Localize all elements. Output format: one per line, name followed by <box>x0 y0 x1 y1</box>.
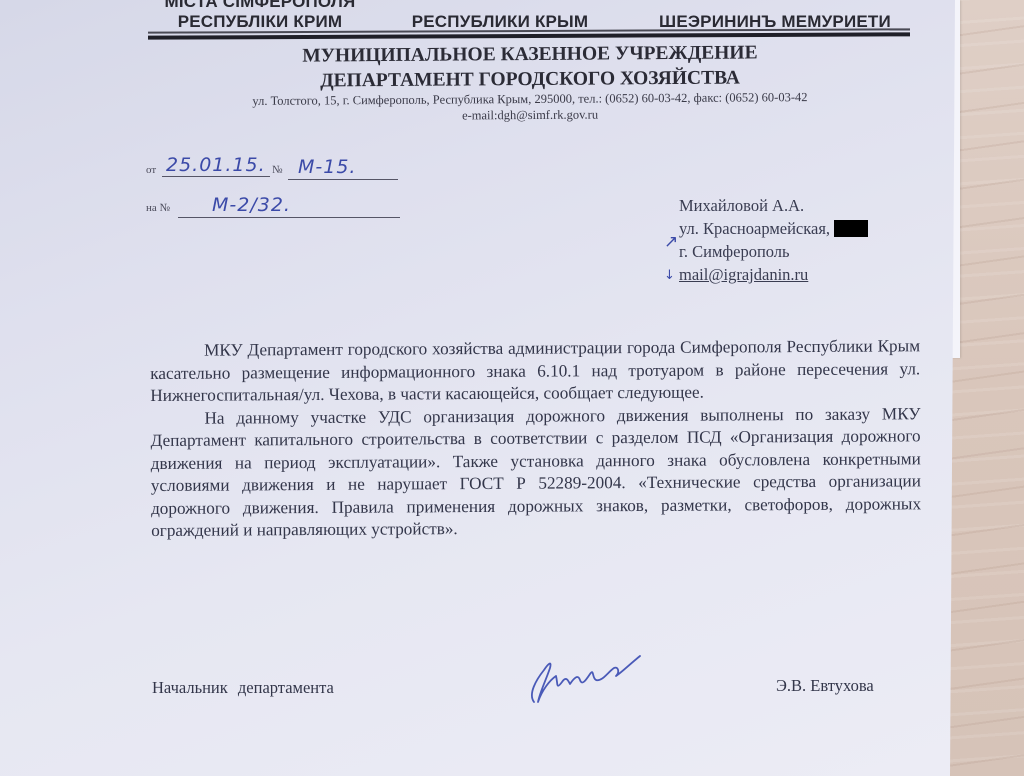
signatory-position: Начальник департамента <box>152 678 334 698</box>
handwritten-signature-icon <box>522 650 652 710</box>
body-paragraph: МКУ Департамент городского хозяйства адм… <box>150 335 920 407</box>
signatory-name: Э.В. Евтухова <box>776 676 874 696</box>
letterhead-column-russian: РЕСПУБЛИКИ КРЫМ <box>390 0 610 32</box>
handwritten-date: 25.01.15. <box>166 154 266 176</box>
organization-title: МУНИЦИПАЛЬНОЕ КАЗЕННОЕ УЧРЕЖДЕНИЕ ДЕПАРТ… <box>140 39 920 94</box>
letterhead-line: МІСТА СІМФЕРОПОЛЯ <box>140 0 380 12</box>
handwritten-reply-number: М-2/32. <box>212 194 291 216</box>
pen-arrow-down-icon: ↓ <box>664 268 675 283</box>
organization-contacts: ул. Толстого, 15, г. Симферополь, Респуб… <box>140 88 920 125</box>
pen-arrow-up-icon: ↗ <box>664 232 678 252</box>
signature-block: Начальник департамента Э.В. Евтухова <box>152 676 912 716</box>
letterhead-line: РЕСПУБЛІКИ КРИМ <box>140 12 380 32</box>
recipient-email: mail@igrajdanin.ru <box>679 263 939 286</box>
letterhead-line <box>390 0 610 12</box>
letterhead-line <box>630 0 920 12</box>
letter-document: МІСТА СІМФЕРОПОЛЯ РЕСПУБЛІКИ КРИМ РЕСПУБ… <box>0 0 955 776</box>
body-paragraph: На данному участке УДС организация дорож… <box>150 403 921 543</box>
recipient-name: Михайловой А.А. <box>679 194 939 217</box>
date-underline <box>162 176 270 177</box>
number-label: № <box>272 164 283 176</box>
recipient-street-line: ул. Красноармейская, <box>679 217 939 240</box>
number-underline <box>288 179 398 180</box>
reference-date-number-row: от 25.01.15. № М-15. <box>146 148 406 186</box>
recipient-city: г. Симферополь <box>679 240 939 263</box>
handwritten-number: М-15. <box>298 156 356 178</box>
outgoing-reference-block: от 25.01.15. № М-15. на № М-2/32. <box>146 148 406 224</box>
letterhead-divider-thick <box>148 32 910 39</box>
letterhead-column-crimean-tatar: ШЕЭРИНИНЪ МЕМУРИЕТИ <box>630 0 920 32</box>
recipient-street: ул. Красноармейская, <box>679 219 830 238</box>
reply-to-underline <box>178 217 400 218</box>
reply-to-label: на № <box>146 202 170 214</box>
redaction-box <box>834 220 868 237</box>
reference-reply-row: на № М-2/32. <box>146 186 406 224</box>
date-label: от <box>146 164 156 176</box>
letterhead-column-ukrainian: МІСТА СІМФЕРОПОЛЯ РЕСПУБЛІКИ КРИМ <box>140 0 380 32</box>
recipient-address-block: Михайловой А.А. ул. Красноармейская, г. … <box>679 194 939 286</box>
letter-body: МКУ Департамент городского хозяйства адм… <box>150 335 921 542</box>
